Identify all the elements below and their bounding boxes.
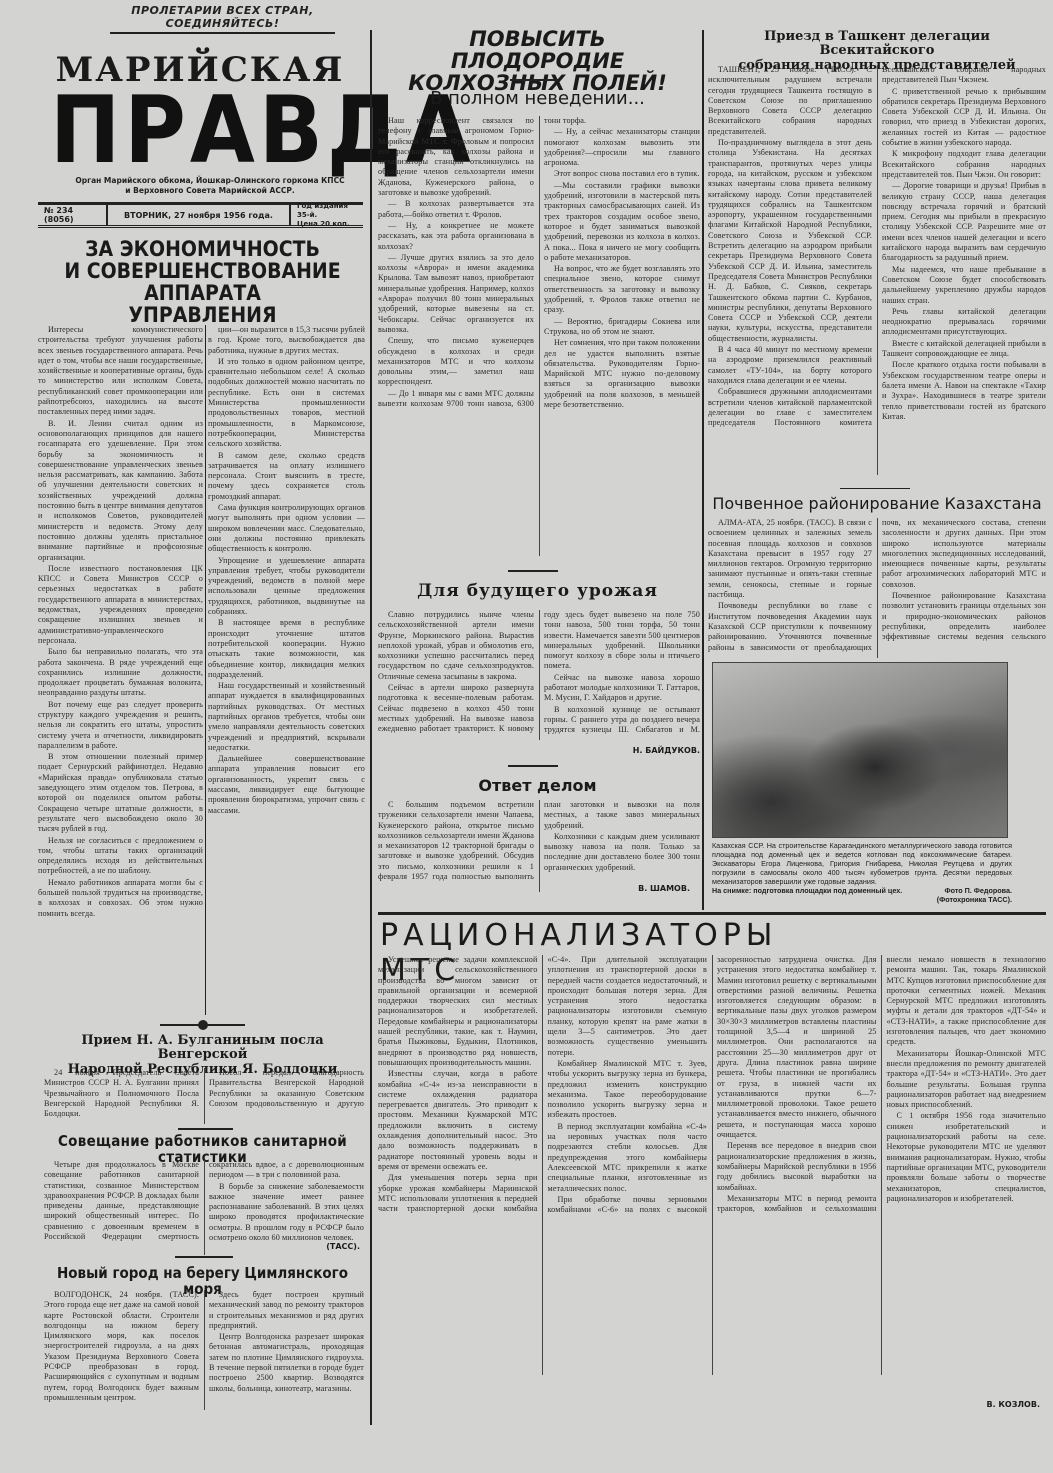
paragraph: После краткого отдыха гости побывали в У…: [882, 360, 1046, 422]
paragraph: В самом деле, сколько средств затрачивае…: [208, 451, 365, 502]
paragraph: Известны случаи, когда в работе комбайна…: [378, 1069, 538, 1172]
paragraph: Мы надеемся, что наше пребывание в Совет…: [882, 265, 1046, 306]
paragraph: Дальнейшее совершенствование аппарата уп…: [208, 754, 365, 816]
fertility-title: ПОВЫСИТЬ ПЛОДОРОДИЕ КОЛХОЗНЫХ ПОЛЕЙ!: [385, 28, 690, 94]
paragraph: — Ну, а конкретнее не можете рассказать,…: [378, 221, 534, 252]
new-city-body: ВОЛГОДОНСК, 24 ноября. (ТАСС). Этого гор…: [44, 1290, 364, 1410]
paragraph: Нет сомнения, что при таком положении де…: [544, 338, 700, 410]
paragraph: В. И. Ленин считал одним из основополага…: [38, 419, 203, 563]
paragraph: В борьбе за снижение заболеваемости важн…: [209, 1182, 364, 1244]
masthead-title-main: ПРАВДА: [50, 84, 350, 176]
paragraph: — Лучше других взялись за это дело колхо…: [378, 253, 534, 335]
paragraph: К микрофону подходит глава делегации Все…: [882, 149, 1046, 180]
economy-title: ЗА ЭКОНОМИЧНОСТЬ И СОВЕРШЕНСТВОВАНИЕ АПП…: [40, 238, 365, 326]
issue-number: № 234 (8056): [38, 205, 108, 225]
masthead: ПРОЛЕТАРИИ ВСЕХ СТРАН, СОЕДИНЯЙТЕСЬ!: [110, 4, 335, 34]
paragraph: Немало работников аппарата могли бы с бо…: [38, 878, 203, 919]
price: Цена 20 коп.: [297, 220, 357, 229]
paragraph: Речь главы китайской делегации неоднокра…: [882, 307, 1046, 338]
caption-text: Казахская ССР. На строительстве Караганд…: [712, 841, 1012, 886]
paragraph: 24 ноября Председатель Совета Министров …: [44, 1068, 199, 1119]
photo-credit-agency: (Фотохроника ТАСС).: [712, 895, 1012, 904]
bulganin-body: 24 ноября Председатель Совета Министров …: [44, 1068, 364, 1124]
fertility-body: Наш корреспондент связался по телефону с…: [378, 116, 700, 556]
title-line: УПРАВЛЕНИЯ: [40, 304, 365, 326]
caption-bold: На снимке: подготовка площадки под домен…: [712, 886, 902, 895]
future-harvest-body: Славно потрудились нынче члены сельскохо…: [378, 610, 700, 740]
paragraph: Комбайнер Ямалинской МТС т. Зуев, чтобы …: [548, 1059, 708, 1121]
paragraph: В период эксплуатации комбайна «С-4» на …: [548, 1122, 708, 1194]
paragraph: На вопрос, что же будет возглавлять это …: [544, 264, 700, 315]
paragraph: Вместе с китайской делегацией прибыли в …: [882, 339, 1046, 360]
paragraph: Нельзя не согласиться с предложением о т…: [38, 836, 203, 877]
paragraph: Механизаторы Йошкар-Олинской МТС внесли …: [887, 1049, 1047, 1111]
paragraph: —Мы составили графики вывозки удобрений,…: [544, 181, 700, 263]
organ-line-1: Орган Марийского обкома, Йошкар-Олинског…: [60, 176, 360, 186]
fertility-subtitle: В полном неведении...: [385, 88, 690, 109]
kazakhstan-title: Почвенное районирование Казахстана: [712, 494, 1042, 513]
photo-credit: Фото П. Федорова.: [944, 886, 1012, 895]
issue-price: Год издания 35-й. Цена 20 коп.: [291, 202, 363, 229]
photo-caption: Казахская ССР. На строительстве Караганд…: [712, 841, 1012, 904]
newspaper-page: ПРОЛЕТАРИИ ВСЕХ СТРАН, СОЕДИНЯЙТЕСЬ! МАР…: [0, 0, 1053, 1473]
paragraph: Колхозники с каждым днем усиливают вывоз…: [544, 832, 700, 873]
economy-col-1: Интересы коммунистического строительства…: [38, 325, 203, 1015]
tashkent-body: ТАШКЕНТ, 25 ноября. (ТАСС). С исключител…: [708, 65, 1046, 475]
paragraph: — Ну, а сейчас механизаторы станции помо…: [544, 127, 700, 168]
paragraph: Упрощение и удешевление аппарата управле…: [208, 556, 365, 618]
future-harvest-title: Для будущего урожая: [385, 582, 690, 601]
answer-body: С большим подъемом встретили труженики с…: [378, 800, 700, 892]
paragraph: ВОЛГОДОНСК, 24 ноября. (ТАСС). Этого гор…: [44, 1290, 199, 1403]
paragraph: Наш государственный и хозяйственный аппа…: [208, 681, 365, 753]
paragraph: Сейчас на вывозке навоза хорошо работают…: [544, 673, 700, 704]
kazakhstan-body: АЛМА-АТА, 25 ноября. (ТАСС). В связи с о…: [708, 518, 1046, 658]
paragraph: Вот почему еще раз следует проверить стр…: [38, 700, 203, 751]
separator-ornament-icon: [198, 1020, 208, 1030]
paragraph: С 1 октября 1956 года значительно снижен…: [887, 1111, 1047, 1204]
title-line: Приезд в Ташкент делегации Всекитайского: [712, 30, 1042, 59]
issue-bar: № 234 (8056) ВТОРНИК, 27 ноября 1956 год…: [38, 202, 363, 228]
paragraph: По-праздничному выглядела в этот день ст…: [708, 138, 872, 344]
paragraph: В 4 часа 40 минут по местному времени на…: [708, 345, 872, 386]
paragraph: И это только в одном районном центре, ср…: [208, 357, 365, 450]
title-line: ЗА ЭКОНОМИЧНОСТЬ: [40, 238, 365, 260]
paragraph: Здесь будет построен крупный механически…: [209, 1290, 364, 1331]
paragraph: С приветственной речью к прибывшим обрат…: [882, 87, 1046, 149]
sanitary-body: Четыре дня продолжалось в Москве совещан…: [44, 1160, 364, 1255]
excavator-photo: [712, 662, 1008, 838]
paragraph: Успешное решение задачи комплексной меха…: [378, 955, 538, 1068]
paragraph: Интересы коммунистического строительства…: [38, 325, 203, 418]
rationalizers-signature: В. КОЗЛОВ.: [940, 1400, 1040, 1409]
title-line: И СОВЕРШЕНСТВОВАНИЕ АППАРАТА: [40, 260, 365, 304]
paragraph: — В колхозах развертывается эта работа,—…: [378, 199, 534, 220]
paragraph: АЛМА-АТА, 25 ноября. (ТАСС). В связи с о…: [708, 518, 872, 600]
paragraph: Посол передал благодарность Правительств…: [209, 1068, 364, 1124]
paragraph: Этот вопрос снова поставил его в тупик.: [544, 169, 700, 179]
paragraph: Славно потрудились нынче члены сельскохо…: [378, 610, 534, 682]
paragraph: В этом отношении полезный пример подает …: [38, 752, 203, 834]
paragraph: Центр Волгодонска разрезает широкая бето…: [209, 1332, 364, 1394]
paragraph: Переняв все передовое в внедрив свои рац…: [717, 1141, 877, 1192]
paragraph: Наш корреспондент связался по телефону с…: [378, 116, 534, 198]
paragraph: Сама функция контролирующих органов могу…: [208, 503, 365, 554]
title-line: Прием Н. А. Булганиным посла Венгерской: [40, 1034, 365, 1063]
paragraph: — Дорогие товарищи и друзья! Прибыв в ве…: [882, 181, 1046, 263]
answer-signature: В. ШАМОВ.: [590, 884, 690, 893]
title-line: ПОВЫСИТЬ ПЛОДОРОДИЕ: [385, 28, 690, 72]
masthead-organ: Орган Марийского обкома, Йошкар-Олинског…: [60, 176, 360, 196]
paragraph: В настоящее время в республике происходи…: [208, 618, 365, 680]
paragraph: После известного постановления ЦК КПСС и…: [38, 564, 203, 646]
masthead-slogan: ПРОЛЕТАРИИ ВСЕХ СТРАН, СОЕДИНЯЙТЕСЬ!: [110, 4, 335, 34]
issue-date: ВТОРНИК, 27 ноября 1956 года.: [108, 205, 291, 225]
paragraph: ции—он выразится в 15,3 тысячи рублей в …: [208, 325, 365, 356]
future-harvest-signature: Н. БАЙДУКОВ.: [590, 746, 700, 755]
organ-line-2: и Верховного Совета Марийской АССР.: [60, 186, 360, 196]
economy-col-2: ции—он выразится в 15,3 тысячи рублей в …: [208, 325, 365, 1015]
answer-title: Ответ делом: [385, 776, 690, 795]
paragraph: ТАШКЕНТ, 25 ноября. (ТАСС). С исключител…: [708, 65, 872, 137]
sanitary-signature: (ТАСС).: [300, 1242, 360, 1251]
paragraph: Было бы неправильно полагать, что эта ра…: [38, 647, 203, 698]
rationalizers-body: Успешное решение задачи комплексной меха…: [378, 955, 1046, 1375]
paragraph: Спешу, что письмо куженерцев обсуждено в…: [378, 336, 534, 387]
paragraph: — Вероятно, бригадиры Сокиева или Струко…: [544, 317, 700, 338]
year-line: Год издания 35-й.: [297, 202, 357, 220]
